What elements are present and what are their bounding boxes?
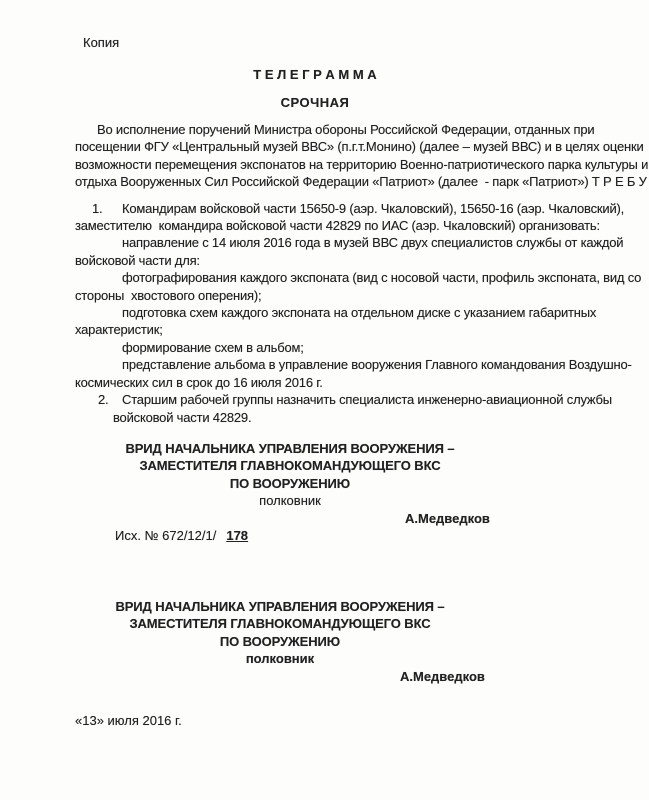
signatory-name: А.Медведков <box>70 668 490 685</box>
body-line: фотографирования каждого экспоната (вид … <box>75 269 620 286</box>
body-line: формирование схем в альбом; <box>75 339 620 356</box>
list-number: 1. <box>92 200 122 217</box>
signature-block-2: ВРИД НАЧАЛЬНИКА УПРАВЛЕНИЯ ВООРУЖЕНИЯ – … <box>70 598 490 685</box>
document-page: Копия Т Е Л Е Г Р А М М А СРОЧНАЯ Во исп… <box>0 0 649 800</box>
document-body: Во исполнение поручений Министра обороны… <box>75 121 620 426</box>
rank-label: полковник <box>70 650 490 667</box>
signatory-name: А.Медведков <box>80 510 500 527</box>
document-title: Т Е Л Е Г Р А М М А <box>20 66 610 83</box>
outgoing-number-line: Исх. № 672/12/1/178 <box>115 527 248 544</box>
signature-block-1: ВРИД НАЧАЛЬНИКА УПРАВЛЕНИЯ ВООРУЖЕНИЯ – … <box>80 440 500 527</box>
outgoing-number: 178 <box>226 528 248 543</box>
body-line: направление с 14 июля 2016 года в музей … <box>75 234 620 251</box>
body-line: посещении ФГУ «Центральный музей ВВС» (п… <box>75 138 620 155</box>
date-line: «13» июля 2016 г. <box>75 712 182 729</box>
list-item-text: Старшим рабочей группы назначить специал… <box>122 392 612 407</box>
list-item-2: 2.Старшим рабочей группы назначить специ… <box>75 391 620 408</box>
signature-title-line: ПО ВООРУЖЕНИЮ <box>70 633 490 650</box>
body-line: войсковой части для: <box>75 252 620 269</box>
body-line: Во исполнение поручений Министра обороны… <box>75 121 620 138</box>
signature-title-line: ВРИД НАЧАЛЬНИКА УПРАВЛЕНИЯ ВООРУЖЕНИЯ – <box>70 598 490 615</box>
list-item-text: Командирам войсковой части 15650-9 (аэр.… <box>122 201 624 216</box>
copy-label: Копия <box>83 34 119 51</box>
body-line: представление альбома в управление воору… <box>75 356 620 373</box>
body-line: заместителю командира войсковой части 42… <box>75 217 620 234</box>
body-line: характеристик; <box>75 321 620 338</box>
signature-title-line: ЗАМЕСТИТЕЛЯ ГЛАВНОКОМАНДУЮЩЕГО ВКС <box>70 615 490 632</box>
urgency-label: СРОЧНАЯ <box>20 94 610 111</box>
body-line: отдыха Вооруженных Сил Российской Федера… <box>75 173 620 190</box>
body-line: космических сил в срок до 16 июля 2016 г… <box>75 374 620 391</box>
outgoing-label: Исх. № 672/12/1/ <box>115 528 216 543</box>
body-line: возможности перемещения экспонатов на те… <box>75 156 620 173</box>
list-number: 2. <box>98 391 122 408</box>
body-line: войсковой части 42829. <box>75 409 620 426</box>
signature-title-line: ПО ВООРУЖЕНИЮ <box>80 475 500 492</box>
body-line: стороны хвостового оперения); <box>75 287 620 304</box>
signature-title-line: ЗАМЕСТИТЕЛЯ ГЛАВНОКОМАНДУЮЩЕГО ВКС <box>80 457 500 474</box>
body-line: подготовка схем каждого экспоната на отд… <box>75 304 620 321</box>
rank-label: полковник <box>80 492 500 509</box>
list-item-1: 1.Командирам войсковой части 15650-9 (аэ… <box>75 200 620 217</box>
signature-title-line: ВРИД НАЧАЛЬНИКА УПРАВЛЕНИЯ ВООРУЖЕНИЯ – <box>80 440 500 457</box>
